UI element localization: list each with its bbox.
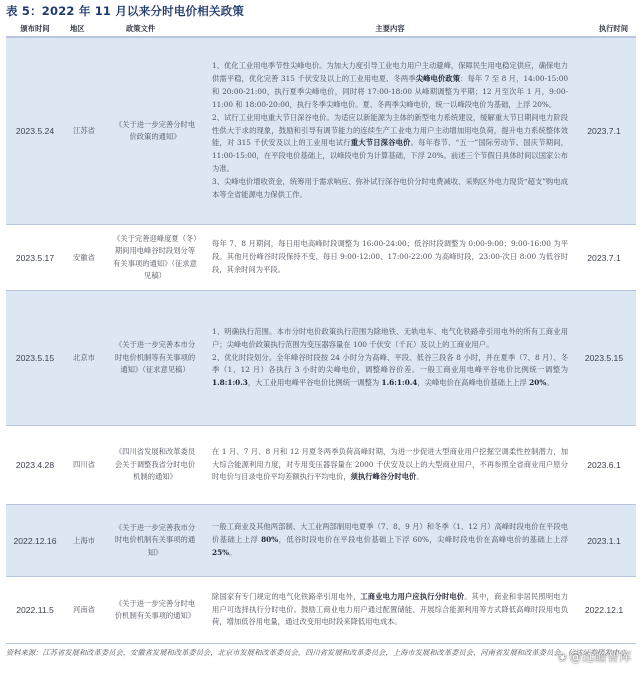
release-date: 2023.5.24 xyxy=(6,126,64,136)
table-row-sichuan: 2023.4.28 四川省 《四川省发展和改革委员会关于调整我省分时电价机制的通… xyxy=(6,426,636,505)
header-release-date: 颁布时间 xyxy=(6,24,64,34)
content-text: ，大工业用电峰平谷电价比例统一调整为 xyxy=(248,378,382,387)
policy-document: 《关于进一步完善分时电价政策的通知》 xyxy=(104,119,204,144)
region: 河南省 xyxy=(64,605,104,615)
region: 四川省 xyxy=(64,460,104,470)
watermark: ❀@远瞻智库 xyxy=(558,648,632,665)
source-note: 资料来源：江苏省发展和改革委员会，安徽省发展和改革委员会，北京市发展和改革委员会… xyxy=(6,643,636,659)
region: 上海市 xyxy=(64,536,104,546)
policy-document: 《关于完善迎峰度夏（冬）期间用电峰谷时段划分等有关事项的通知》（征求意见稿） xyxy=(104,233,204,283)
content-text: ，尖峰电价在高峰电价基础上上浮 xyxy=(417,378,529,387)
main-content: 1、优化工业用电季节性尖峰电价。为加大力度引导工业电力用户主动避峰，保障民生用电… xyxy=(204,58,572,204)
release-date: 2023.5.15 xyxy=(6,353,64,363)
release-date: 2023.5.17 xyxy=(6,253,64,263)
release-date: 2022.12.16 xyxy=(6,536,64,546)
emphasized-text: 工商业电力用户应执行分时电价 xyxy=(360,592,464,601)
main-content: 一般工商业及其他两部制、大工业两部制用电夏季（7、8、9 月）和冬季（1、12 … xyxy=(204,519,572,562)
release-date: 2023.4.28 xyxy=(6,460,64,470)
emphasized-text: 尖峰电价政策 xyxy=(416,74,460,83)
effective-date: 2023.7.1 xyxy=(572,126,636,136)
header-policy-document: 政策文件 xyxy=(104,23,204,36)
table-row-beijing: 2023.5.15 北京市 《关于进一步完善本市分时电价机制等有关事项的通知》（… xyxy=(6,291,636,426)
effective-date: 2023.5.15 xyxy=(572,353,636,363)
content-text: ，低谷时段电价在平段电价基础上下浮 60%，尖峰时段电价在高峰电价的基础上上浮 xyxy=(278,535,568,544)
table-title: 表 5：2022 年 11 月以来分时电价相关政策 xyxy=(6,3,244,21)
emphasized-text: 须执行峰谷分时电价 xyxy=(351,472,417,481)
policy-table: 颁布时间 地区 政策文件 主要内容 执行时间 2023.5.24 江苏省 《关于… xyxy=(6,22,636,643)
emphasized-text: 1.6:1:0.4 xyxy=(382,378,418,387)
header-main-content: 主要内容 xyxy=(204,21,572,38)
content-text: 2、优化时段划分。全年峰谷时段按 24 小时分为高峰、平段、低谷三段各 8 小时… xyxy=(212,353,568,375)
watermark-text: @远瞻智库 xyxy=(569,650,632,664)
content-text: 。 xyxy=(546,378,553,387)
emphasized-text: 1.8:1:0.3 xyxy=(212,378,248,387)
header-region: 地区 xyxy=(64,24,104,34)
emphasized-text: 25% xyxy=(212,548,229,557)
effective-date: 2023.6.1 xyxy=(572,460,636,470)
table-row-henan: 2022.11.5 河南省 《关于进一步完善分时电价机制有关事项的通知》 除国家… xyxy=(6,577,636,643)
table-row-jiangsu: 2023.5.24 江苏省 《关于进一步完善分时电价政策的通知》 1、优化工业用… xyxy=(6,38,636,225)
effective-date: 2023.1.1 xyxy=(572,536,636,546)
emphasized-text: 80% xyxy=(261,535,278,544)
region: 安徽省 xyxy=(64,253,104,263)
content-text: 。 xyxy=(229,548,236,557)
emphasized-text: 20% xyxy=(529,378,546,387)
content-text: 。 xyxy=(416,472,423,481)
paw-icon: ❀ xyxy=(558,651,568,664)
table-row-anhui: 2023.5.17 安徽省 《关于完善迎峰度夏（冬）期间用电峰谷时段划分等有关事… xyxy=(6,225,636,291)
policy-document: 《关于进一步完善分时电价机制有关事项的通知》 xyxy=(104,598,204,623)
main-content: 在 1 月、7 月、8 月和 12 月夏冬两季负荷高峰时期，为进一步促进大型商业… xyxy=(204,444,572,487)
main-content: 除国家有专门规定的电气化铁路牵引用电外，工商业电力用户应执行分时电价。其中，商业… xyxy=(204,589,572,632)
emphasized-text: 重大节日深谷电价 xyxy=(351,138,411,147)
main-content: 1、明确执行范围。本市分时电价政策执行范围为除地铁、无轨电车、电气化铁路牵引用电… xyxy=(204,324,572,393)
content-text: 3、尖峰电价增收资金，统筹用于需求响应、弥补试行深谷电价分时电费减收、采购区外电… xyxy=(212,177,568,199)
content-text: 1、明确执行范围。本市分时电价政策执行范围为除地铁、无轨电车、电气化铁路牵引用电… xyxy=(212,327,568,349)
policy-document: 《四川省发展和改革委员会关于调整我省分时电价机制的通知》 xyxy=(104,446,204,484)
effective-date: 2022.12.1 xyxy=(572,605,636,615)
effective-date: 2023.7.1 xyxy=(572,253,636,263)
table-row-shanghai: 2022.12.16 上海市 《关于进一步完善我市分时电价机制有关事项的通知》 … xyxy=(6,505,636,577)
main-content: 每年 7、8 月期间，每日用电高峰时段调整为 16:00-24:00；低谷时段调… xyxy=(204,236,572,279)
table-header: 颁布时间 地区 政策文件 主要内容 执行时间 xyxy=(6,22,636,38)
policy-document: 《关于进一步完善我市分时电价机制有关事项的通知》 xyxy=(104,522,204,560)
policy-document: 《关于进一步完善本市分时电价机制等有关事项的通知》（征求意见稿） xyxy=(104,339,204,377)
header-effective-date: 执行时间 xyxy=(572,24,636,34)
release-date: 2022.11.5 xyxy=(6,605,64,615)
region: 江苏省 xyxy=(64,126,104,136)
content-text: 除国家有专门规定的电气化铁路牵引用电外， xyxy=(212,592,360,601)
region: 北京市 xyxy=(64,353,104,363)
content-text: 每年 7、8 月期间，每日用电高峰时段调整为 16:00-24:00；低谷时段调… xyxy=(212,239,568,274)
